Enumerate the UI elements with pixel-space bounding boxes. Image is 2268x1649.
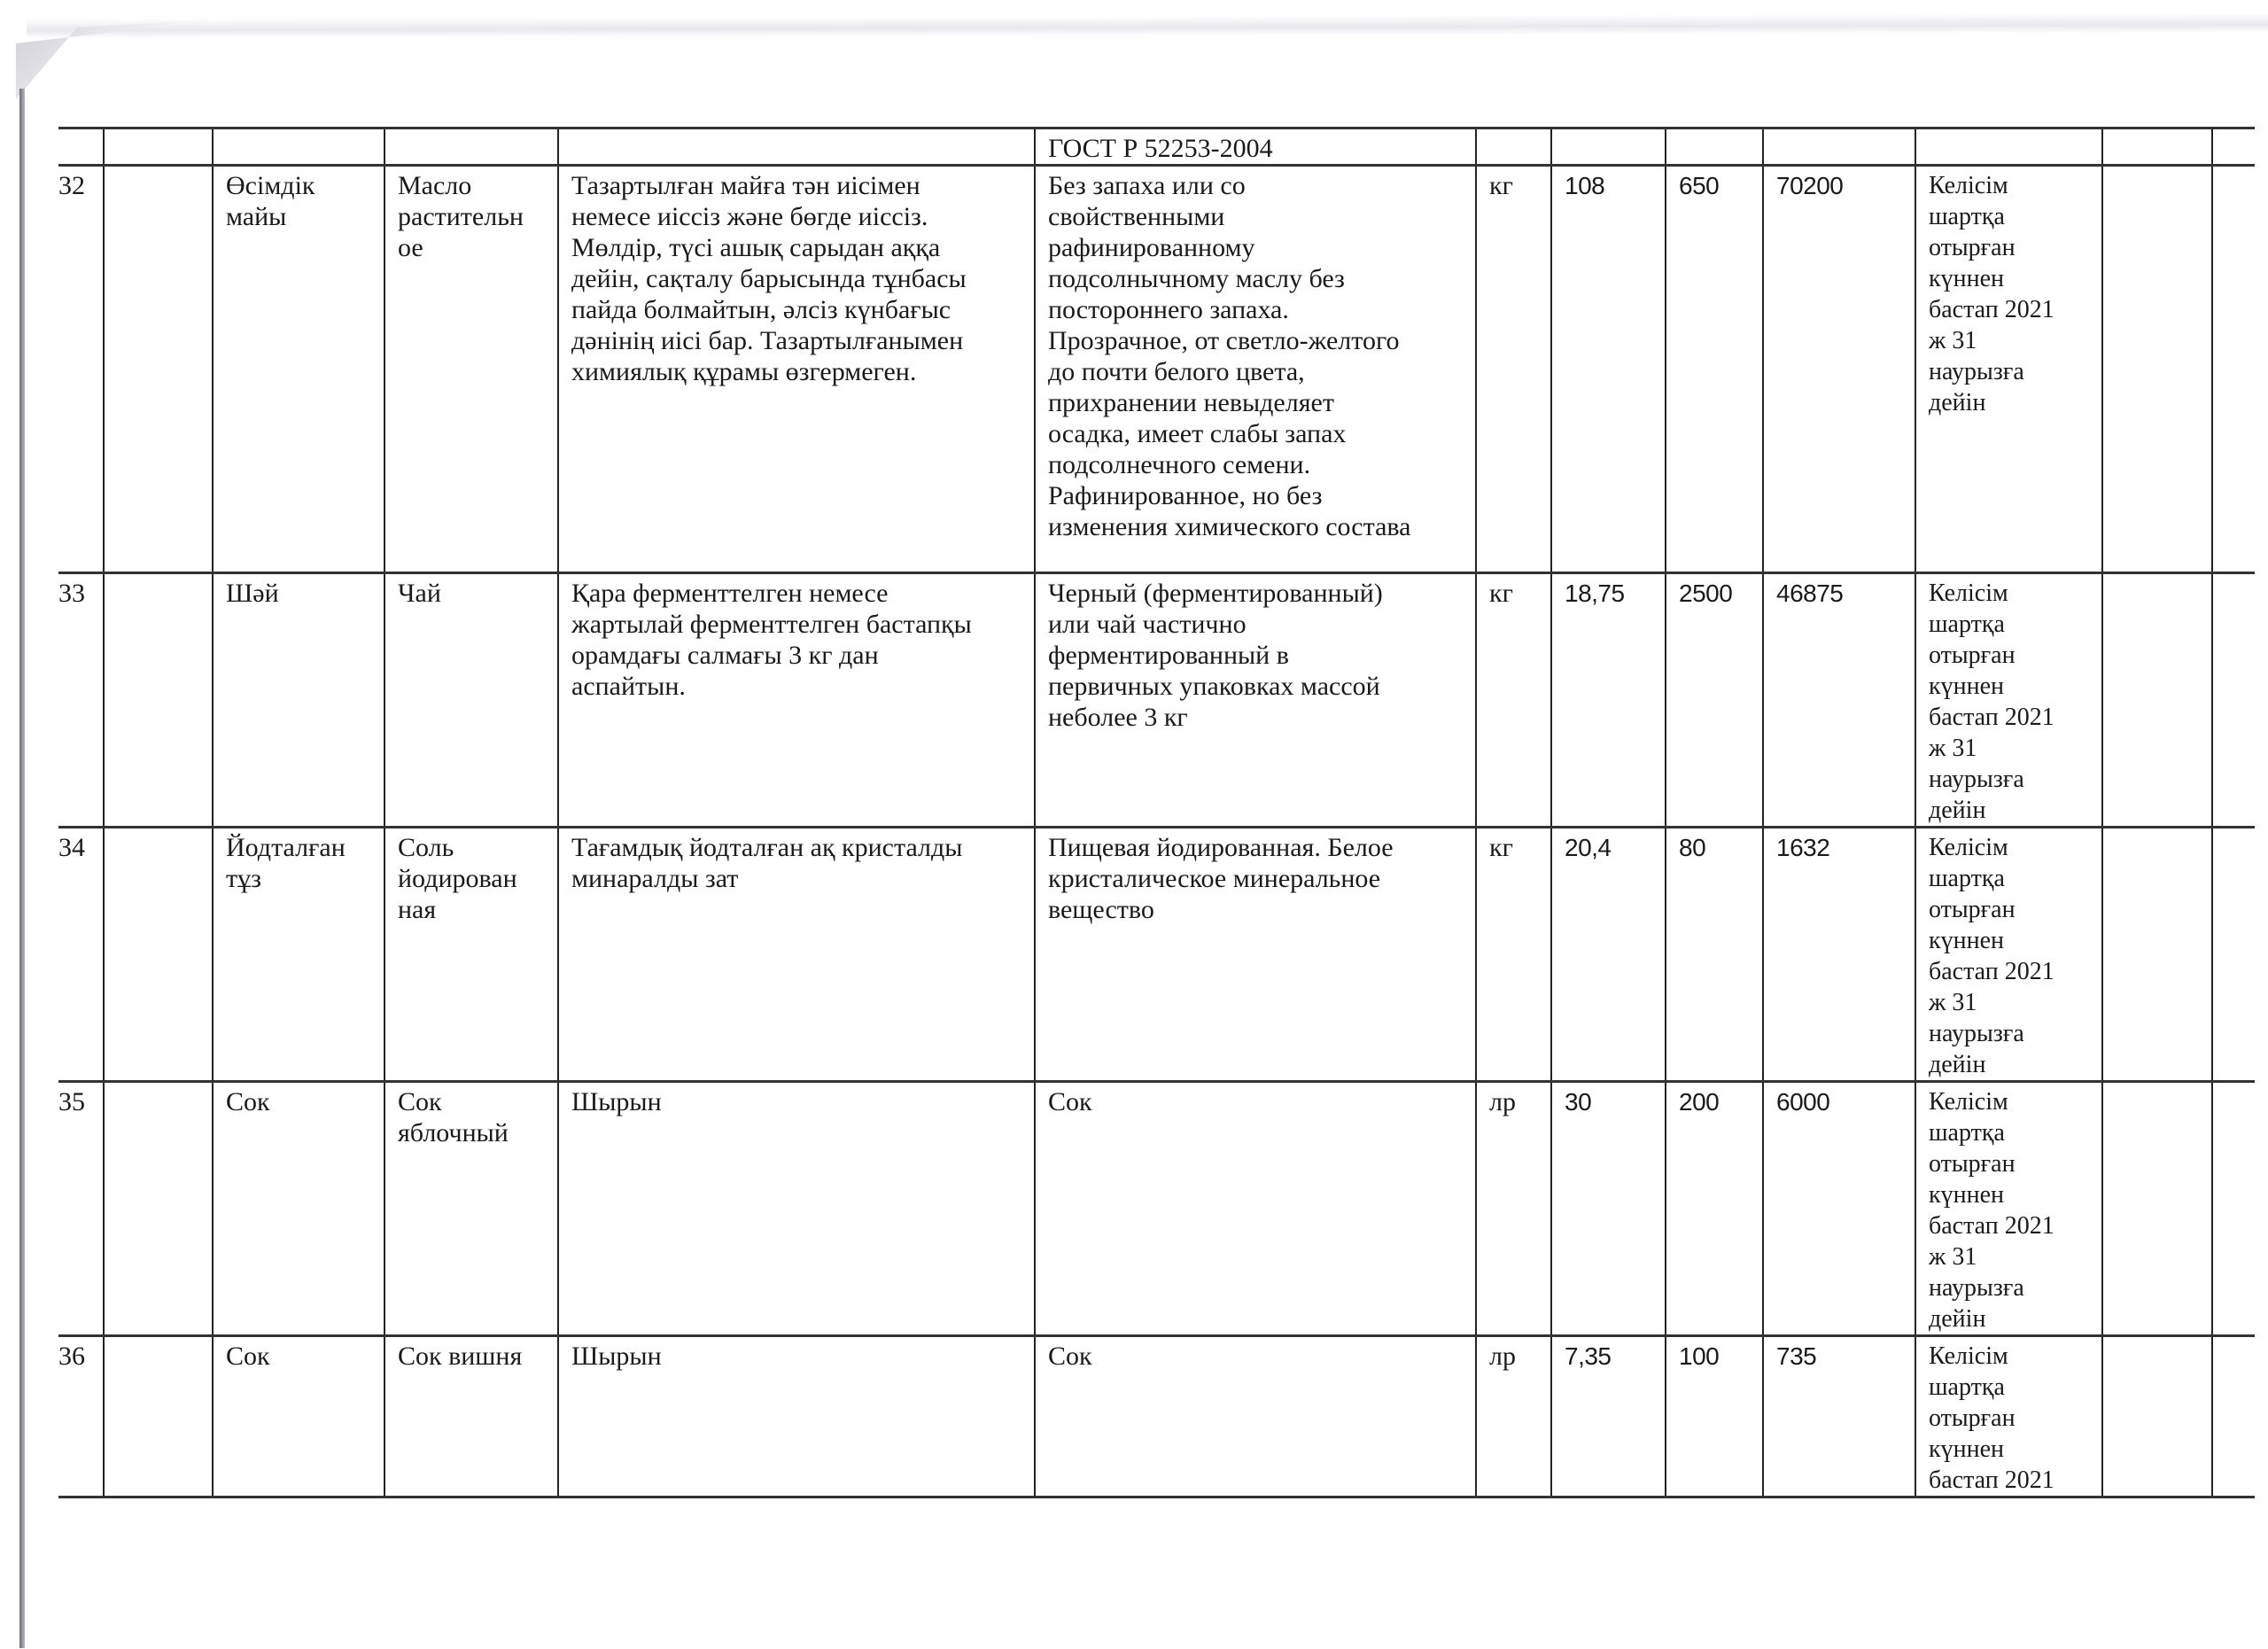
header-cell-unit bbox=[1476, 128, 1551, 166]
cell-total: 735 bbox=[1763, 1336, 1915, 1497]
cell-delivery-term: Келісім шартқа отырған күннен бастап 202… bbox=[1915, 1082, 2102, 1336]
cell-desc-ru: Черный (ферментированный) или чай частич… bbox=[1035, 573, 1476, 828]
cell-price: 650 bbox=[1666, 166, 1763, 573]
cell-quantity: 20,4 bbox=[1551, 828, 1666, 1082]
cell-unit: кг bbox=[1476, 166, 1551, 573]
table-row: 34 Йодталған тұз Соль йодирован ная Таға… bbox=[58, 828, 2255, 1082]
cell-name-kz: Йодталған тұз bbox=[213, 828, 384, 1082]
cell-extra2 bbox=[2212, 573, 2255, 828]
cell-code bbox=[104, 1336, 213, 1497]
cell-delivery-term: Келісім шартқа отырған күннен бастап 202… bbox=[1915, 828, 2102, 1082]
cell-name-kz: Сок bbox=[213, 1336, 384, 1497]
cell-code bbox=[104, 1082, 213, 1336]
table-row: 32 Өсімдік майы Масло растительн ое Таза… bbox=[58, 166, 2255, 573]
table-header-continuation-row: ГОСТ Р 52253-2004 bbox=[58, 128, 2255, 166]
cell-code bbox=[104, 166, 213, 573]
cell-no: 34 bbox=[58, 828, 104, 1082]
cell-unit: лр bbox=[1476, 1336, 1551, 1497]
header-cell-extra2 bbox=[2212, 128, 2255, 166]
cell-code bbox=[104, 828, 213, 1082]
cell-total: 70200 bbox=[1763, 166, 1915, 573]
table-row: 33 Шәй Чай Қара ферменттелген немесе жар… bbox=[58, 573, 2255, 828]
cell-code bbox=[104, 573, 213, 828]
cell-unit: кг bbox=[1476, 828, 1551, 1082]
cell-desc-ru: Сок bbox=[1035, 1336, 1476, 1497]
cell-name-kz: Өсімдік майы bbox=[213, 166, 384, 573]
cell-no: 36 bbox=[58, 1336, 104, 1497]
cell-extra2 bbox=[2212, 828, 2255, 1082]
cell-quantity: 30 bbox=[1551, 1082, 1666, 1336]
cell-desc-kz: Тазартылған майға тән иісімен немесе иіс… bbox=[558, 166, 1035, 573]
cell-total: 46875 bbox=[1763, 573, 1915, 828]
cell-name-ru: Соль йодирован ная bbox=[384, 828, 558, 1082]
cell-unit: лр bbox=[1476, 1082, 1551, 1336]
header-cell-term bbox=[1915, 128, 2102, 166]
cell-quantity: 108 bbox=[1551, 166, 1666, 573]
header-cell-name-ru bbox=[384, 128, 558, 166]
table-row: 35 Сок Сок яблочный Шырын Сок лр 30 200 … bbox=[58, 1082, 2255, 1336]
cell-name-ru: Чай bbox=[384, 573, 558, 828]
table-row: 36 Сок Сок вишня Шырын Сок лр 7,35 100 7… bbox=[58, 1336, 2255, 1497]
cell-extra1 bbox=[2102, 166, 2212, 573]
cell-desc-kz: Қара ферменттелген немесе жартылай ферме… bbox=[558, 573, 1035, 828]
cell-desc-kz: Шырын bbox=[558, 1082, 1035, 1336]
scan-left-edge bbox=[19, 89, 25, 1648]
cell-name-ru: Масло растительн ое bbox=[384, 166, 558, 573]
cell-desc-ru: Сок bbox=[1035, 1082, 1476, 1336]
cell-desc-kz: Тағамдық йодталған ақ кристалды минаралд… bbox=[558, 828, 1035, 1082]
cell-quantity: 7,35 bbox=[1551, 1336, 1666, 1497]
header-cell-standard: ГОСТ Р 52253-2004 bbox=[1035, 128, 1476, 166]
header-cell-price bbox=[1666, 128, 1763, 166]
cell-delivery-term: Келісім шартқа отырған күннен бастап 202… bbox=[1915, 573, 2102, 828]
cell-extra1 bbox=[2102, 1082, 2212, 1336]
header-cell-total bbox=[1763, 128, 1915, 166]
header-cell-name-kz bbox=[213, 128, 384, 166]
scan-shadow-top bbox=[27, 13, 2268, 39]
header-cell-desc-kz bbox=[558, 128, 1035, 166]
cell-desc-ru: Без запаха или со свойственными рафиниро… bbox=[1035, 166, 1476, 573]
cell-delivery-term: Келісім шартқа отырған күннен бастап 202… bbox=[1915, 166, 2102, 573]
cell-quantity: 18,75 bbox=[1551, 573, 1666, 828]
cell-extra1 bbox=[2102, 573, 2212, 828]
cell-name-kz: Шәй bbox=[213, 573, 384, 828]
cell-price: 100 bbox=[1666, 1336, 1763, 1497]
cell-desc-ru: Пищевая йодированная. Белое кристалическ… bbox=[1035, 828, 1476, 1082]
cell-extra2 bbox=[2212, 166, 2255, 573]
cell-extra1 bbox=[2102, 828, 2212, 1082]
cell-no: 32 bbox=[58, 166, 104, 573]
cell-name-ru: Сок яблочный bbox=[384, 1082, 558, 1336]
cell-desc-kz: Шырын bbox=[558, 1336, 1035, 1497]
cell-name-kz: Сок bbox=[213, 1082, 384, 1336]
cell-extra1 bbox=[2102, 1336, 2212, 1497]
header-cell-extra1 bbox=[2102, 128, 2212, 166]
cell-price: 80 bbox=[1666, 828, 1763, 1082]
cell-extra2 bbox=[2212, 1082, 2255, 1336]
header-cell-no bbox=[58, 128, 104, 166]
header-cell-quantity bbox=[1551, 128, 1666, 166]
cell-total: 6000 bbox=[1763, 1082, 1915, 1336]
header-cell-code bbox=[104, 128, 213, 166]
cell-total: 1632 bbox=[1763, 828, 1915, 1082]
cell-no: 35 bbox=[58, 1082, 104, 1336]
cell-no: 33 bbox=[58, 573, 104, 828]
cell-price: 2500 bbox=[1666, 573, 1763, 828]
cell-price: 200 bbox=[1666, 1082, 1763, 1336]
cell-name-ru: Сок вишня bbox=[384, 1336, 558, 1497]
cell-unit: кг bbox=[1476, 573, 1551, 828]
specification-table: ГОСТ Р 52253-2004 32 Өсімдік майы Масло … bbox=[58, 127, 2255, 1498]
cell-delivery-term: Келісім шартқа отырған күннен бастап 202… bbox=[1915, 1336, 2102, 1497]
cell-extra2 bbox=[2212, 1336, 2255, 1497]
